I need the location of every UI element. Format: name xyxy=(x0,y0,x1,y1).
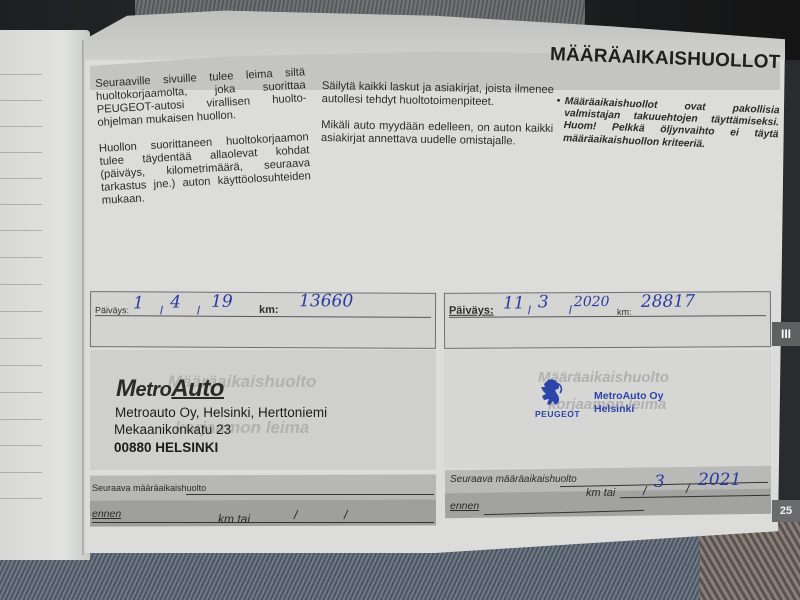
km-label: km: xyxy=(617,307,632,317)
stamp-address-line: Mekaanikonkatu 23 xyxy=(114,422,231,437)
note-text: Määräaikaishuollot ovat pakollisia valmi… xyxy=(563,96,780,154)
underline xyxy=(186,494,434,495)
underline xyxy=(449,315,766,318)
handwritten-day: 11 xyxy=(503,293,525,313)
logo-letter: M xyxy=(116,375,136,402)
handwritten-next-year: 2021 xyxy=(698,470,741,490)
handwritten-month: 3 xyxy=(538,292,549,312)
service-record-2-date-box: Päiväys: 11 3 2020 km: 28817 xyxy=(444,291,771,349)
handwritten-day: 1 xyxy=(133,293,144,313)
ruled-line xyxy=(0,311,42,312)
intro-paragraph: Mikäli auto myydään edelleen, on auton k… xyxy=(321,119,553,149)
bullet-icon: • xyxy=(556,96,560,108)
logo-text: etro xyxy=(136,379,172,401)
ruled-line xyxy=(0,472,42,473)
ruled-line xyxy=(0,445,42,446)
stamp-postal-line: 00880 HELSINKI xyxy=(114,440,218,455)
ruled-line xyxy=(0,230,42,231)
page-number: 25 xyxy=(772,500,800,522)
left-page xyxy=(0,30,90,560)
book-spine xyxy=(82,40,85,555)
date-slash: / xyxy=(686,482,689,496)
intro-paragraph: Huollon suorittaneen huoltokorjaamon tul… xyxy=(99,131,312,208)
ruled-line xyxy=(0,419,42,420)
ruled-line xyxy=(0,392,42,393)
handwritten-km: 13660 xyxy=(299,291,353,311)
peugeot-lion-icon xyxy=(538,378,564,406)
ruled-line xyxy=(0,74,42,75)
intro-paragraph: Seuraaville sivuille tulee leima siltä h… xyxy=(95,66,308,130)
stamp-company-line: Metroauto Oy, Helsinki, Herttoniemi xyxy=(115,405,327,420)
ruled-line xyxy=(0,338,42,339)
intro-column-1: Seuraaville sivuille tulee leima siltä h… xyxy=(95,66,312,208)
ruled-line xyxy=(0,365,42,366)
handwritten-next-month: 3 xyxy=(654,472,665,492)
handwritten-month: 4 xyxy=(170,293,181,313)
km-or-label: km tai xyxy=(586,487,615,499)
ruled-line xyxy=(0,126,42,127)
handwritten-year: 19 xyxy=(211,292,233,312)
intro-column-3-note: • Määräaikaishuollot ovat pakollisia val… xyxy=(563,96,780,154)
date-label: Päiväys: xyxy=(95,305,129,315)
before-label: ennen xyxy=(450,500,479,512)
section-tab: III xyxy=(772,322,800,346)
date-separator xyxy=(569,305,572,314)
ruled-line xyxy=(0,284,42,285)
date-slash: / xyxy=(344,508,347,522)
underline xyxy=(92,522,434,523)
dealer-city: Helsinki xyxy=(594,403,634,415)
ruled-line xyxy=(0,178,42,179)
next-service-label: Seuraava määräaikaishuolto xyxy=(92,483,206,493)
handwritten-year: 2020 xyxy=(574,294,610,310)
ruled-line xyxy=(0,204,42,205)
service-record-1-date-box: Päiväys: km: 1 4 19 13660 xyxy=(90,291,436,349)
dealer-name: MetroAuto Oy xyxy=(594,390,663,402)
before-label: ennen xyxy=(92,508,121,520)
ruled-line xyxy=(0,498,42,499)
km-or-label: km tai xyxy=(218,512,250,526)
peugeot-wordmark: PEUGEOT xyxy=(535,409,580,419)
intro-column-2: Säilytä kaikki laskut ja asiakirjat, joi… xyxy=(321,80,554,149)
metroauto-logo: MetroAuto xyxy=(116,375,224,403)
date-separator xyxy=(197,306,200,315)
date-label: Päiväys: xyxy=(449,305,494,317)
logo-text: Auto xyxy=(171,375,224,402)
ruled-line xyxy=(0,152,42,153)
date-slash: / xyxy=(294,508,297,522)
ruled-line xyxy=(0,100,42,101)
date-separator xyxy=(160,305,163,314)
handwritten-km: 28817 xyxy=(641,292,695,312)
ruled-line xyxy=(0,257,42,258)
km-label: km: xyxy=(259,304,279,316)
date-separator xyxy=(528,305,531,314)
underline xyxy=(95,315,431,318)
intro-paragraph: Säilytä kaikki laskut ja asiakirjat, joi… xyxy=(322,80,554,110)
next-service-label: Seuraava määräaikaishuolto xyxy=(450,474,577,485)
